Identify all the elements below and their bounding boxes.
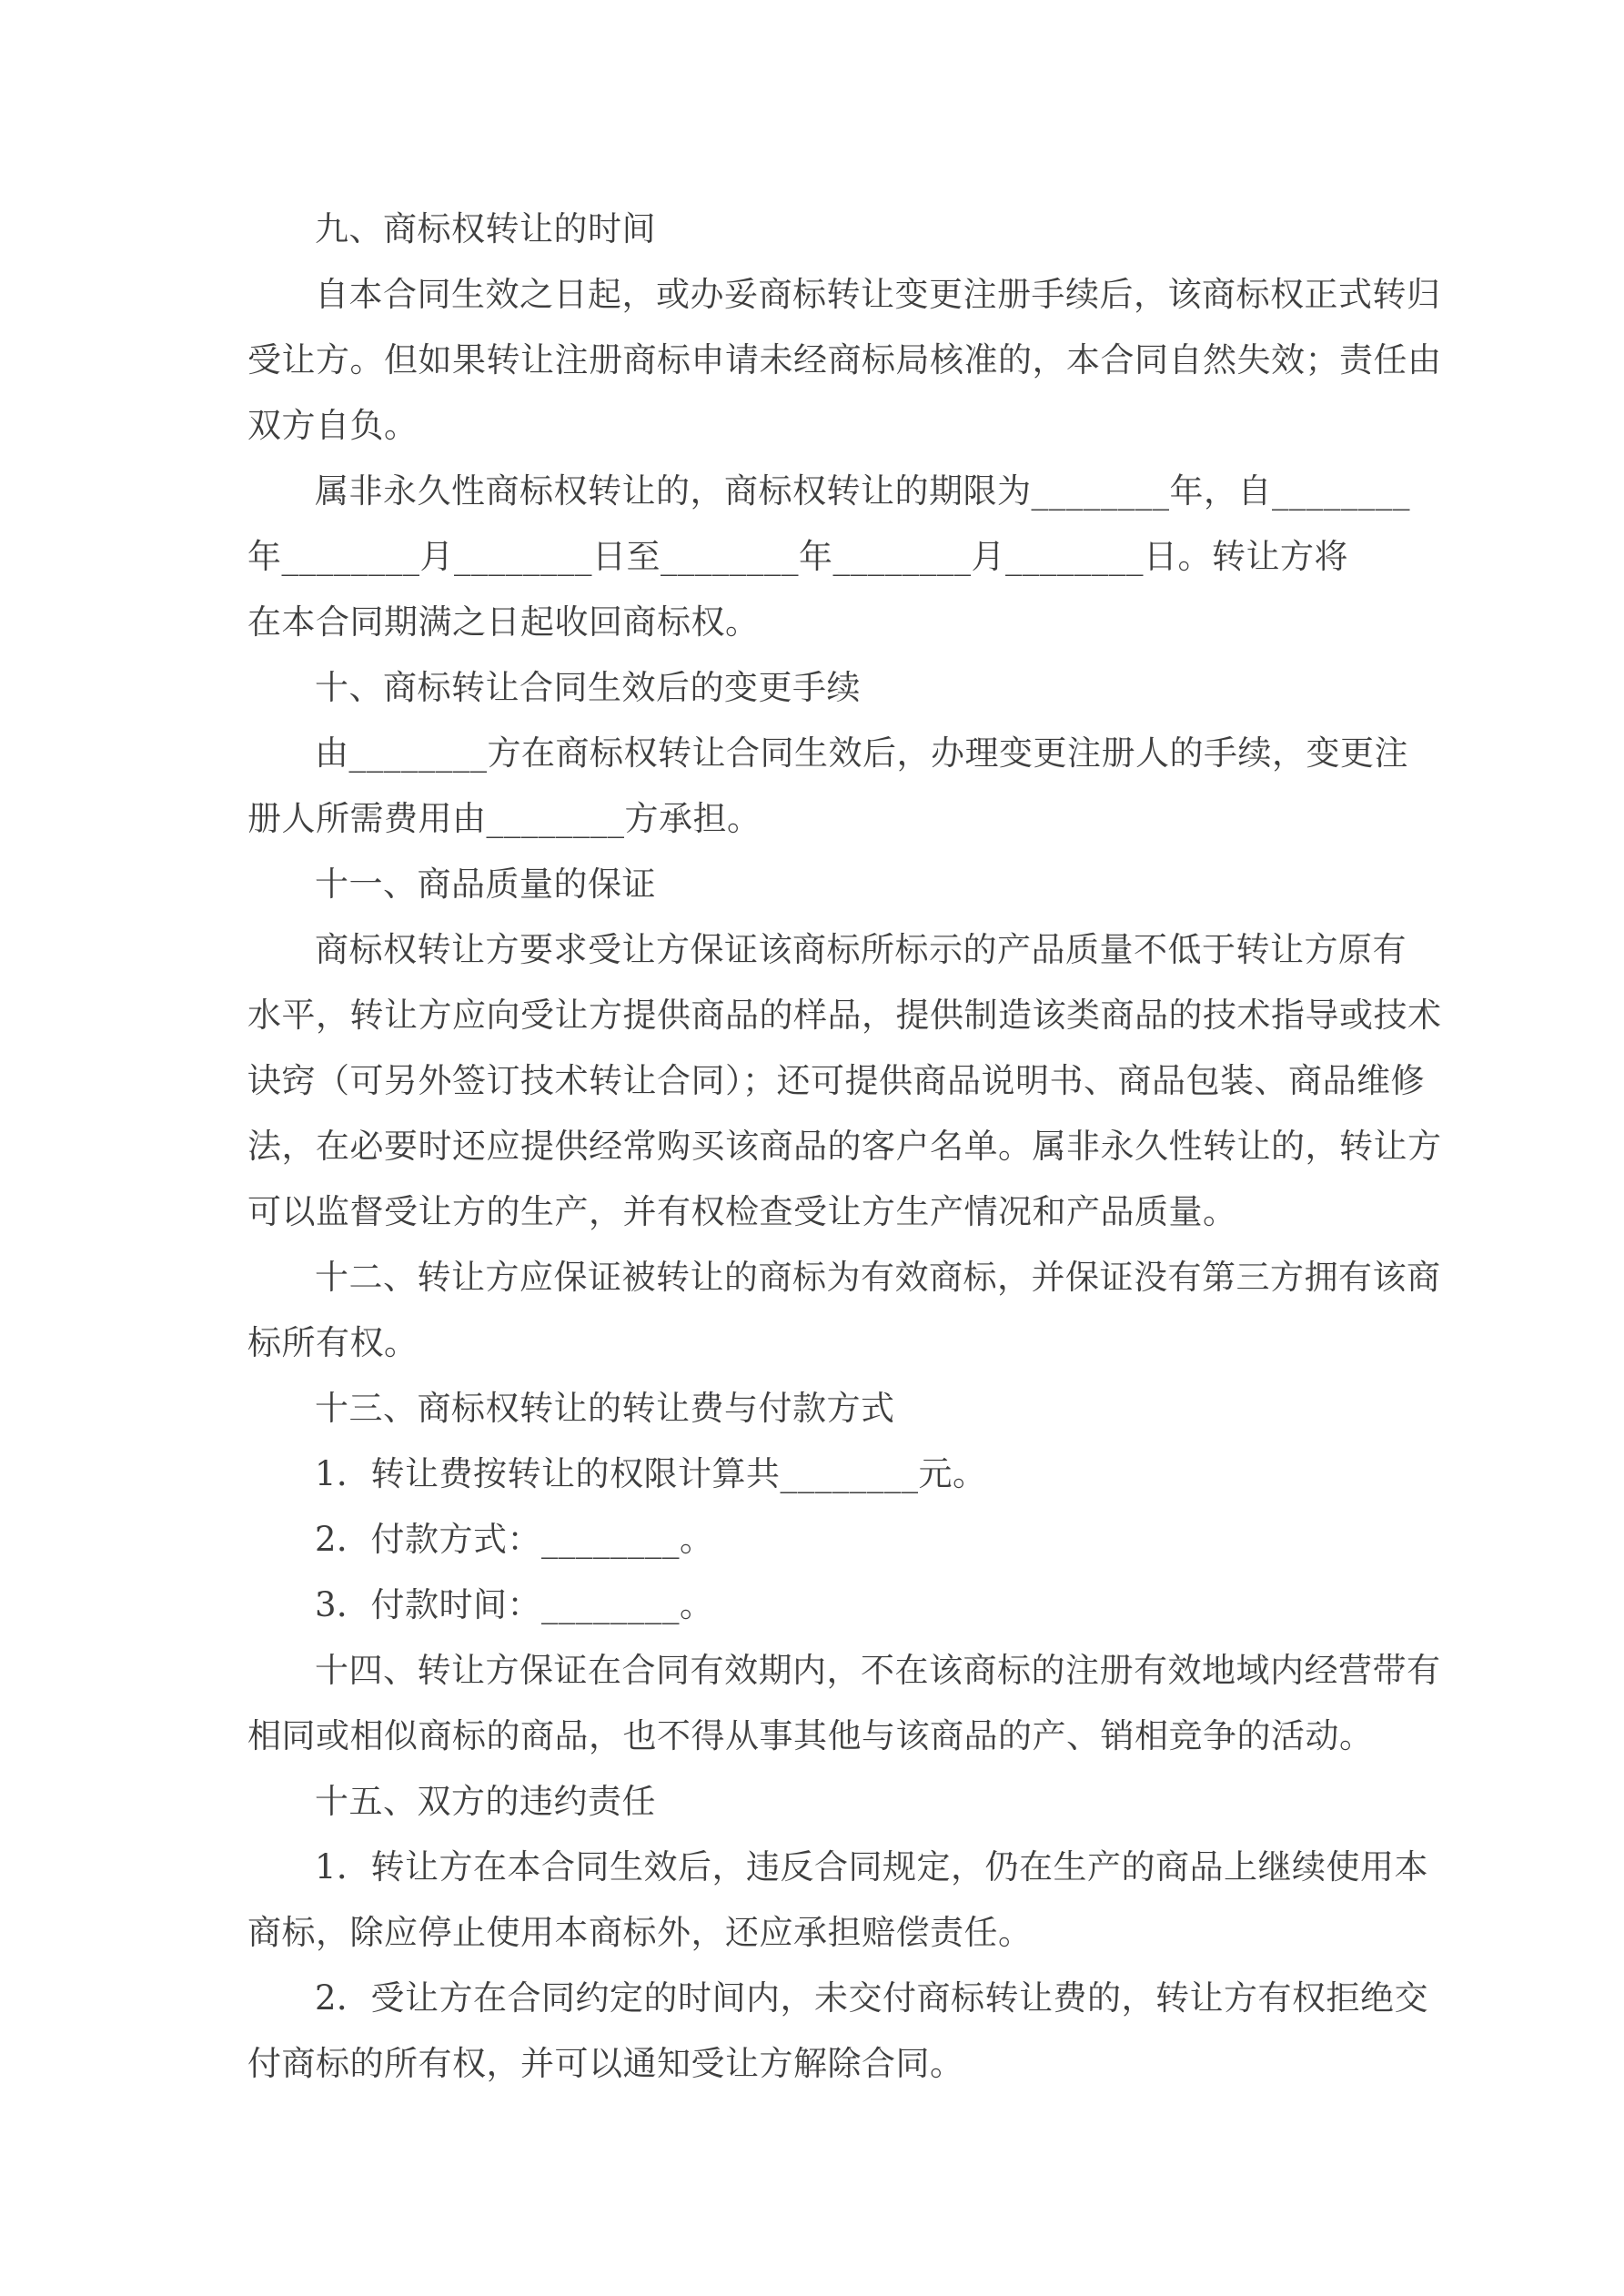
text-line: 十三、商标权转让的转让费与付款方式 — [247, 1376, 1397, 1441]
text-line: 法，在必要时还应提供经常购买该商品的客户名单。属非永久性转让的，转让方 — [247, 1114, 1397, 1179]
text-line: 十二、转让方应保证被转让的商标为有效商标，并保证没有第三方拥有该商 — [247, 1245, 1397, 1310]
contract-document-page: 九、商标权转让的时间自本合同生效之日起，或办妥商标转让变更注册手续后，该商标权正… — [0, 0, 1624, 2296]
text-line: 付商标的所有权，并可以通知受让方解除合同。 — [247, 2031, 1397, 2097]
text-line: 双方自负。 — [247, 393, 1397, 459]
text-line: 属非永久性商标权转让的，商标权转让的期限为________年，自________ — [247, 459, 1397, 524]
text-line: 由________方在商标权转让合同生效后，办理变更注册人的手续，变更注 — [247, 721, 1397, 786]
text-line: 十四、转让方保证在合同有效期内，不在该商标的注册有效地域内经营带有 — [247, 1638, 1397, 1704]
text-line: 年________月________日至________年________月__… — [247, 524, 1397, 590]
text-line: 3．付款时间：________。 — [247, 1573, 1397, 1638]
text-line: 在本合同期满之日起收回商标权。 — [247, 590, 1397, 655]
text-line: 商标权转让方要求受让方保证该商标所标示的产品质量不低于转让方原有 — [247, 917, 1397, 983]
text-line: 受让方。但如果转让注册商标申请未经商标局核准的，本合同自然失效；责任由 — [247, 328, 1397, 393]
text-line: 1．转让方在本合同生效后，违反合同规定，仍在生产的商品上继续使用本 — [247, 1835, 1397, 1900]
document-body: 九、商标权转让的时间自本合同生效之日起，或办妥商标转让变更注册手续后，该商标权正… — [247, 197, 1397, 2097]
text-line: 诀窍（可另外签订技术转让合同）；还可提供商品说明书、商品包装、商品维修 — [247, 1048, 1397, 1114]
text-line: 1．转让费按转让的权限计算共________元。 — [247, 1441, 1397, 1507]
text-line: 标所有权。 — [247, 1310, 1397, 1376]
text-line: 十一、商品质量的保证 — [247, 852, 1397, 917]
text-line: 册人所需费用由________方承担。 — [247, 786, 1397, 852]
text-line: 十、商标转让合同生效后的变更手续 — [247, 655, 1397, 721]
text-line: 商标，除应停止使用本商标外，还应承担赔偿责任。 — [247, 1900, 1397, 1966]
text-line: 2．付款方式：________。 — [247, 1507, 1397, 1573]
text-line: 自本合同生效之日起，或办妥商标转让变更注册手续后，该商标权正式转归 — [247, 262, 1397, 328]
text-line: 相同或相似商标的商品，也不得从事其他与该商品的产、销相竞争的活动。 — [247, 1704, 1397, 1769]
text-line: 可以监督受让方的生产，并有权检查受让方生产情况和产品质量。 — [247, 1179, 1397, 1245]
text-line: 水平，转让方应向受让方提供商品的样品，提供制造该类商品的技术指导或技术 — [247, 983, 1397, 1048]
text-line: 九、商标权转让的时间 — [247, 197, 1397, 262]
text-line: 十五、双方的违约责任 — [247, 1769, 1397, 1835]
text-line: 2．受让方在合同约定的时间内，未交付商标转让费的，转让方有权拒绝交 — [247, 1966, 1397, 2031]
